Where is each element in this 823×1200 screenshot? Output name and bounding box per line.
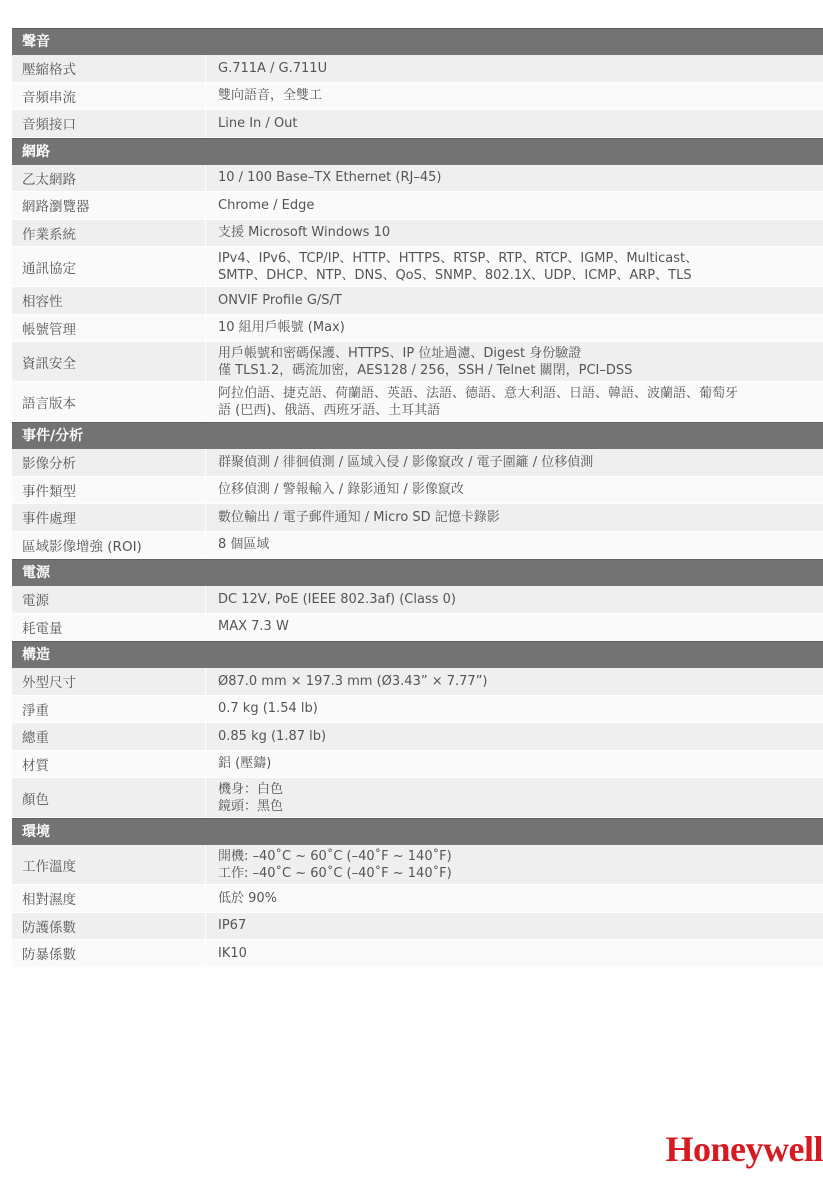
table-row: 總重 0.85 kg (1.87 lb) <box>12 723 823 751</box>
value-line: 鏡頭：黑色 <box>218 798 823 815</box>
value-line: 工作: –40˚C ~ 60˚C (–40˚F ~ 140˚F) <box>218 865 823 882</box>
row-label: 影像分析 <box>12 449 206 476</box>
value-line: IP67 <box>218 917 823 934</box>
table-row: 工作溫度 開機: –40˚C ~ 60˚C (–40˚F ~ 140˚F) 工作… <box>12 845 823 885</box>
section-header-construction: 構造 <box>12 641 823 668</box>
row-label: 壓縮格式 <box>12 55 206 82</box>
value-line: 開機: –40˚C ~ 60˚C (–40˚F ~ 140˚F) <box>218 848 823 865</box>
row-value: IP67 <box>206 913 823 940</box>
table-row: 通訊協定 IPv4、IPv6、TCP/IP、HTTP、HTTPS、RTSP、RT… <box>12 247 823 287</box>
row-value: 位移偵測 / 警報輸入 / 錄影通知 / 影像竄改 <box>206 477 823 504</box>
value-line: 0.85 kg (1.87 lb) <box>218 728 823 745</box>
row-label: 淨重 <box>12 696 206 723</box>
row-label: 乙太網路 <box>12 165 206 192</box>
row-value: G.711A / G.711U <box>206 55 823 82</box>
row-value: Chrome / Edge <box>206 192 823 219</box>
table-row: 防暴係數 IK10 <box>12 940 823 968</box>
value-line: DC 12V, PoE (IEEE 802.3af) (Class 0) <box>218 591 823 608</box>
section-header-environment: 環境 <box>12 818 823 845</box>
row-value: 低於 90% <box>206 885 823 912</box>
value-line: 10 組用戶帳號 (Max) <box>218 319 823 336</box>
honeywell-logo: Honeywell <box>666 1128 823 1170</box>
value-line: 阿拉伯語、捷克語、荷蘭語、英語、法語、德語、意大利語、日語、韓語、波蘭語、葡萄牙 <box>218 385 823 402</box>
table-row: 淨重 0.7 kg (1.54 lb) <box>12 696 823 724</box>
table-row: 事件類型 位移偵測 / 警報輸入 / 錄影通知 / 影像竄改 <box>12 477 823 505</box>
table-row: 區域影像增強 (ROI) 8 個區域 <box>12 532 823 560</box>
table-row: 資訊安全 用戶帳號和密碼保護、HTTPS、IP 位址過濾、Digest 身份驗證… <box>12 342 823 382</box>
value-line: 僅 TLS1.2，碼流加密，AES128 / 256，SSH / Telnet … <box>218 362 823 379</box>
row-value: 數位輸出 / 電子郵件通知 / Micro SD 記憶卡錄影 <box>206 504 823 531</box>
table-row: 事件處理 數位輸出 / 電子郵件通知 / Micro SD 記憶卡錄影 <box>12 504 823 532</box>
table-row: 相容性 ONVIF Profile G/S/T <box>12 287 823 315</box>
row-value: 0.85 kg (1.87 lb) <box>206 723 823 750</box>
row-label: 外型尺寸 <box>12 668 206 695</box>
row-value: 阿拉伯語、捷克語、荷蘭語、英語、法語、德語、意大利語、日語、韓語、波蘭語、葡萄牙… <box>206 382 823 421</box>
row-label: 耗電量 <box>12 614 206 641</box>
row-value: 8 個區域 <box>206 532 823 559</box>
value-line: Line In / Out <box>218 115 823 132</box>
row-value: 開機: –40˚C ~ 60˚C (–40˚F ~ 140˚F) 工作: –40… <box>206 845 823 884</box>
value-line: IPv4、IPv6、TCP/IP、HTTP、HTTPS、RTSP、RTP、RTC… <box>218 250 823 267</box>
row-label: 音頻串流 <box>12 83 206 110</box>
row-label: 資訊安全 <box>12 342 206 381</box>
table-row: 作業系統 支援 Microsoft Windows 10 <box>12 220 823 248</box>
value-line: 用戶帳號和密碼保護、HTTPS、IP 位址過濾、Digest 身份驗證 <box>218 345 823 362</box>
row-label: 事件類型 <box>12 477 206 504</box>
row-value: ONVIF Profile G/S/T <box>206 287 823 314</box>
row-label: 相對濕度 <box>12 885 206 912</box>
value-line: Chrome / Edge <box>218 197 823 214</box>
table-row: 電源 DC 12V, PoE (IEEE 802.3af) (Class 0) <box>12 586 823 614</box>
row-label: 電源 <box>12 586 206 613</box>
row-value: Ø87.0 mm × 197.3 mm (Ø3.43” × 7.77”) <box>206 668 823 695</box>
table-row: 防護係數 IP67 <box>12 913 823 941</box>
table-row: 相對濕度 低於 90% <box>12 885 823 913</box>
value-line: ONVIF Profile G/S/T <box>218 292 823 309</box>
row-label: 音頻接口 <box>12 110 206 137</box>
table-row: 顏色 機身：白色 鏡頭：黑色 <box>12 778 823 818</box>
row-label: 相容性 <box>12 287 206 314</box>
value-line: 數位輸出 / 電子郵件通知 / Micro SD 記憶卡錄影 <box>218 509 823 526</box>
row-label: 總重 <box>12 723 206 750</box>
table-row: 音頻串流 雙向語音，全雙工 <box>12 83 823 111</box>
table-row: 耗電量 MAX 7.3 W <box>12 614 823 642</box>
value-line: G.711A / G.711U <box>218 60 823 77</box>
row-value: 群聚偵測 / 徘徊偵測 / 區域入侵 / 影像竄改 / 電子圍籬 / 位移偵測 <box>206 449 823 476</box>
section-header-audio: 聲音 <box>12 28 823 55</box>
table-row: 材質 鋁 (壓鑄) <box>12 751 823 779</box>
table-row: 網路瀏覽器 Chrome / Edge <box>12 192 823 220</box>
row-value: 雙向語音，全雙工 <box>206 83 823 110</box>
table-row: 乙太網路 10 / 100 Base–TX Ethernet (RJ–45) <box>12 165 823 193</box>
value-line: IK10 <box>218 945 823 962</box>
row-label: 帳號管理 <box>12 315 206 342</box>
row-value: 10 組用戶帳號 (Max) <box>206 315 823 342</box>
row-value: 0.7 kg (1.54 lb) <box>206 696 823 723</box>
row-label: 防暴係數 <box>12 940 206 967</box>
row-label: 工作溫度 <box>12 845 206 884</box>
value-line: 位移偵測 / 警報輸入 / 錄影通知 / 影像竄改 <box>218 481 823 498</box>
value-line: 雙向語音，全雙工 <box>218 87 823 104</box>
value-line: 8 個區域 <box>218 536 823 553</box>
row-value: 機身：白色 鏡頭：黑色 <box>206 778 823 817</box>
row-value: DC 12V, PoE (IEEE 802.3af) (Class 0) <box>206 586 823 613</box>
value-line: MAX 7.3 W <box>218 618 823 635</box>
table-row: 音頻接口 Line In / Out <box>12 110 823 138</box>
value-line: 支援 Microsoft Windows 10 <box>218 224 823 241</box>
row-value: 鋁 (壓鑄) <box>206 751 823 778</box>
row-value: 用戶帳號和密碼保護、HTTPS、IP 位址過濾、Digest 身份驗證 僅 TL… <box>206 342 823 381</box>
row-label: 材質 <box>12 751 206 778</box>
row-label: 顏色 <box>12 778 206 817</box>
spec-table: 聲音 壓縮格式 G.711A / G.711U 音頻串流 雙向語音，全雙工 音頻… <box>12 28 823 968</box>
row-label: 通訊協定 <box>12 247 206 286</box>
table-row: 影像分析 群聚偵測 / 徘徊偵測 / 區域入侵 / 影像竄改 / 電子圍籬 / … <box>12 449 823 477</box>
value-line: SMTP、DHCP、NTP、DNS、QoS、SNMP、802.1X、UDP、IC… <box>218 267 823 284</box>
row-label: 區域影像增強 (ROI) <box>12 532 206 559</box>
row-label: 事件處理 <box>12 504 206 531</box>
value-line: Ø87.0 mm × 197.3 mm (Ø3.43” × 7.77”) <box>218 673 823 690</box>
table-row: 帳號管理 10 組用戶帳號 (Max) <box>12 315 823 343</box>
row-value: 支援 Microsoft Windows 10 <box>206 220 823 247</box>
value-line: 0.7 kg (1.54 lb) <box>218 700 823 717</box>
table-row: 壓縮格式 G.711A / G.711U <box>12 55 823 83</box>
section-header-network: 網路 <box>12 138 823 165</box>
section-header-events: 事件/分析 <box>12 422 823 449</box>
value-line: 群聚偵測 / 徘徊偵測 / 區域入侵 / 影像竄改 / 電子圍籬 / 位移偵測 <box>218 454 823 471</box>
row-value: Line In / Out <box>206 110 823 137</box>
table-row: 外型尺寸 Ø87.0 mm × 197.3 mm (Ø3.43” × 7.77”… <box>12 668 823 696</box>
value-line: 機身：白色 <box>218 781 823 798</box>
row-label: 作業系統 <box>12 220 206 247</box>
row-value: 10 / 100 Base–TX Ethernet (RJ–45) <box>206 165 823 192</box>
value-line: 語 (巴西)、俄語、西班牙語、土耳其語 <box>218 402 823 419</box>
value-line: 10 / 100 Base–TX Ethernet (RJ–45) <box>218 169 823 186</box>
row-label: 網路瀏覽器 <box>12 192 206 219</box>
row-value: MAX 7.3 W <box>206 614 823 641</box>
row-label: 語言版本 <box>12 382 206 421</box>
section-header-power: 電源 <box>12 559 823 586</box>
row-value: IPv4、IPv6、TCP/IP、HTTP、HTTPS、RTSP、RTP、RTC… <box>206 247 823 286</box>
row-label: 防護係數 <box>12 913 206 940</box>
value-line: 鋁 (壓鑄) <box>218 755 823 772</box>
row-value: IK10 <box>206 940 823 967</box>
table-row: 語言版本 阿拉伯語、捷克語、荷蘭語、英語、法語、德語、意大利語、日語、韓語、波蘭… <box>12 382 823 422</box>
value-line: 低於 90% <box>218 890 823 907</box>
